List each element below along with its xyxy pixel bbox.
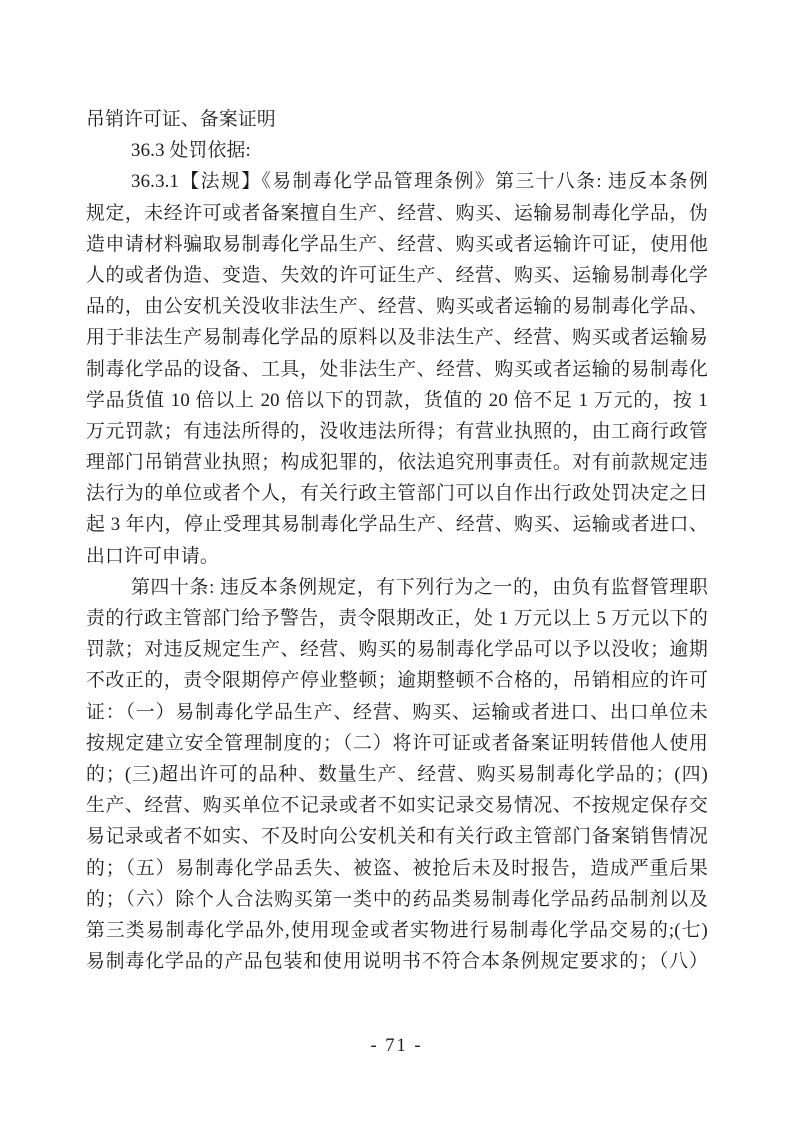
text-line: 第三类易制毒化学品外,使用现金或者实物进行易制毒化学品交易的;(七) [86,915,708,946]
document-page: 吊销许可证、备案证明36.3 处罚依据:36.3.1【法规】《易制毒化学品管理条… [0,0,793,1122]
text-line: 出口许可申请。 [86,541,708,572]
text-line: 人的或者伪造、变造、失效的许可证生产、经营、购买、运输易制毒化学 [86,260,708,291]
text-line: 罚款；对违反规定生产、经营、购买的易制毒化学品可以予以没收；逾期 [86,634,708,665]
text-line: 36.3.1【法规】《易制毒化学品管理条例》第三十八条: 违反本条例 [86,166,708,197]
text-line: 的；(三)超出许可的品种、数量生产、经营、购买易制毒化学品的；(四) [86,759,708,790]
text-line: 的；（五）易制毒化学品丢失、被盗、被抢后未及时报告，造成严重后果 [86,853,708,884]
text-line: 生产、经营、购买单位不记录或者不如实记录交易情况、不按规定保存交 [86,790,708,821]
text-line: 法行为的单位或者个人，有关行政主管部门可以自作出行政处罚决定之日 [86,478,708,509]
text-line: 的；（六）除个人合法购买第一类中的药品类易制毒化学品药品制剂以及 [86,884,708,915]
text-line: 吊销许可证、备案证明 [86,104,708,135]
text-line: 万元罚款；有违法所得的，没收违法所得；有营业执照的，由工商行政管 [86,416,708,447]
text-line: 制毒化学品的设备、工具，处非法生产、经营、购买或者运输的易制毒化 [86,354,708,385]
text-line: 学品货值 10 倍以上 20 倍以下的罚款，货值的 20 倍不足 1 万元的，按… [86,385,708,416]
text-line: 品的，由公安机关没收非法生产、经营、购买或者运输的易制毒化学品、 [86,291,708,322]
text-line: 易制毒化学品的产品包装和使用说明书不符合本条例规定要求的；（八） [86,946,708,977]
text-line: 规定，未经许可或者备案擅自生产、经营、购买、运输易制毒化学品，伪 [86,198,708,229]
text-line: 造申请材料骗取易制毒化学品生产、经营、购买或者运输许可证，使用他 [86,229,708,260]
text-line: 第四十条: 违反本条例规定，有下列行为之一的，由负有监督管理职 [86,572,708,603]
text-line: 易记录或者不如实、不及时向公安机关和有关行政主管部门备案销售情况 [86,821,708,852]
text-line: 证：（一）易制毒化学品生产、经营、购买、运输或者进口、出口单位未 [86,697,708,728]
text-line: 按规定建立安全管理制度的；（二）将许可证或者备案证明转借他人使用 [86,728,708,759]
text-line: 36.3 处罚依据: [86,135,708,166]
text-line: 用于非法生产易制毒化学品的原料以及非法生产、经营、购买或者运输易 [86,322,708,353]
text-line: 责的行政主管部门给予警告，责令限期改正，处 1 万元以上 5 万元以下的 [86,603,708,634]
text-line: 起 3 年内，停止受理其易制毒化学品生产、经营、购买、运输或者进口、 [86,509,708,540]
text-line: 理部门吊销营业执照；构成犯罪的，依法追究刑事责任。对有前款规定违 [86,447,708,478]
body-text: 吊销许可证、备案证明36.3 处罚依据:36.3.1【法规】《易制毒化学品管理条… [86,104,708,977]
page-number: - 71 - [0,1036,793,1057]
text-line: 不改正的，责令限期停产停业整顿；逾期整顿不合格的，吊销相应的许可 [86,665,708,696]
